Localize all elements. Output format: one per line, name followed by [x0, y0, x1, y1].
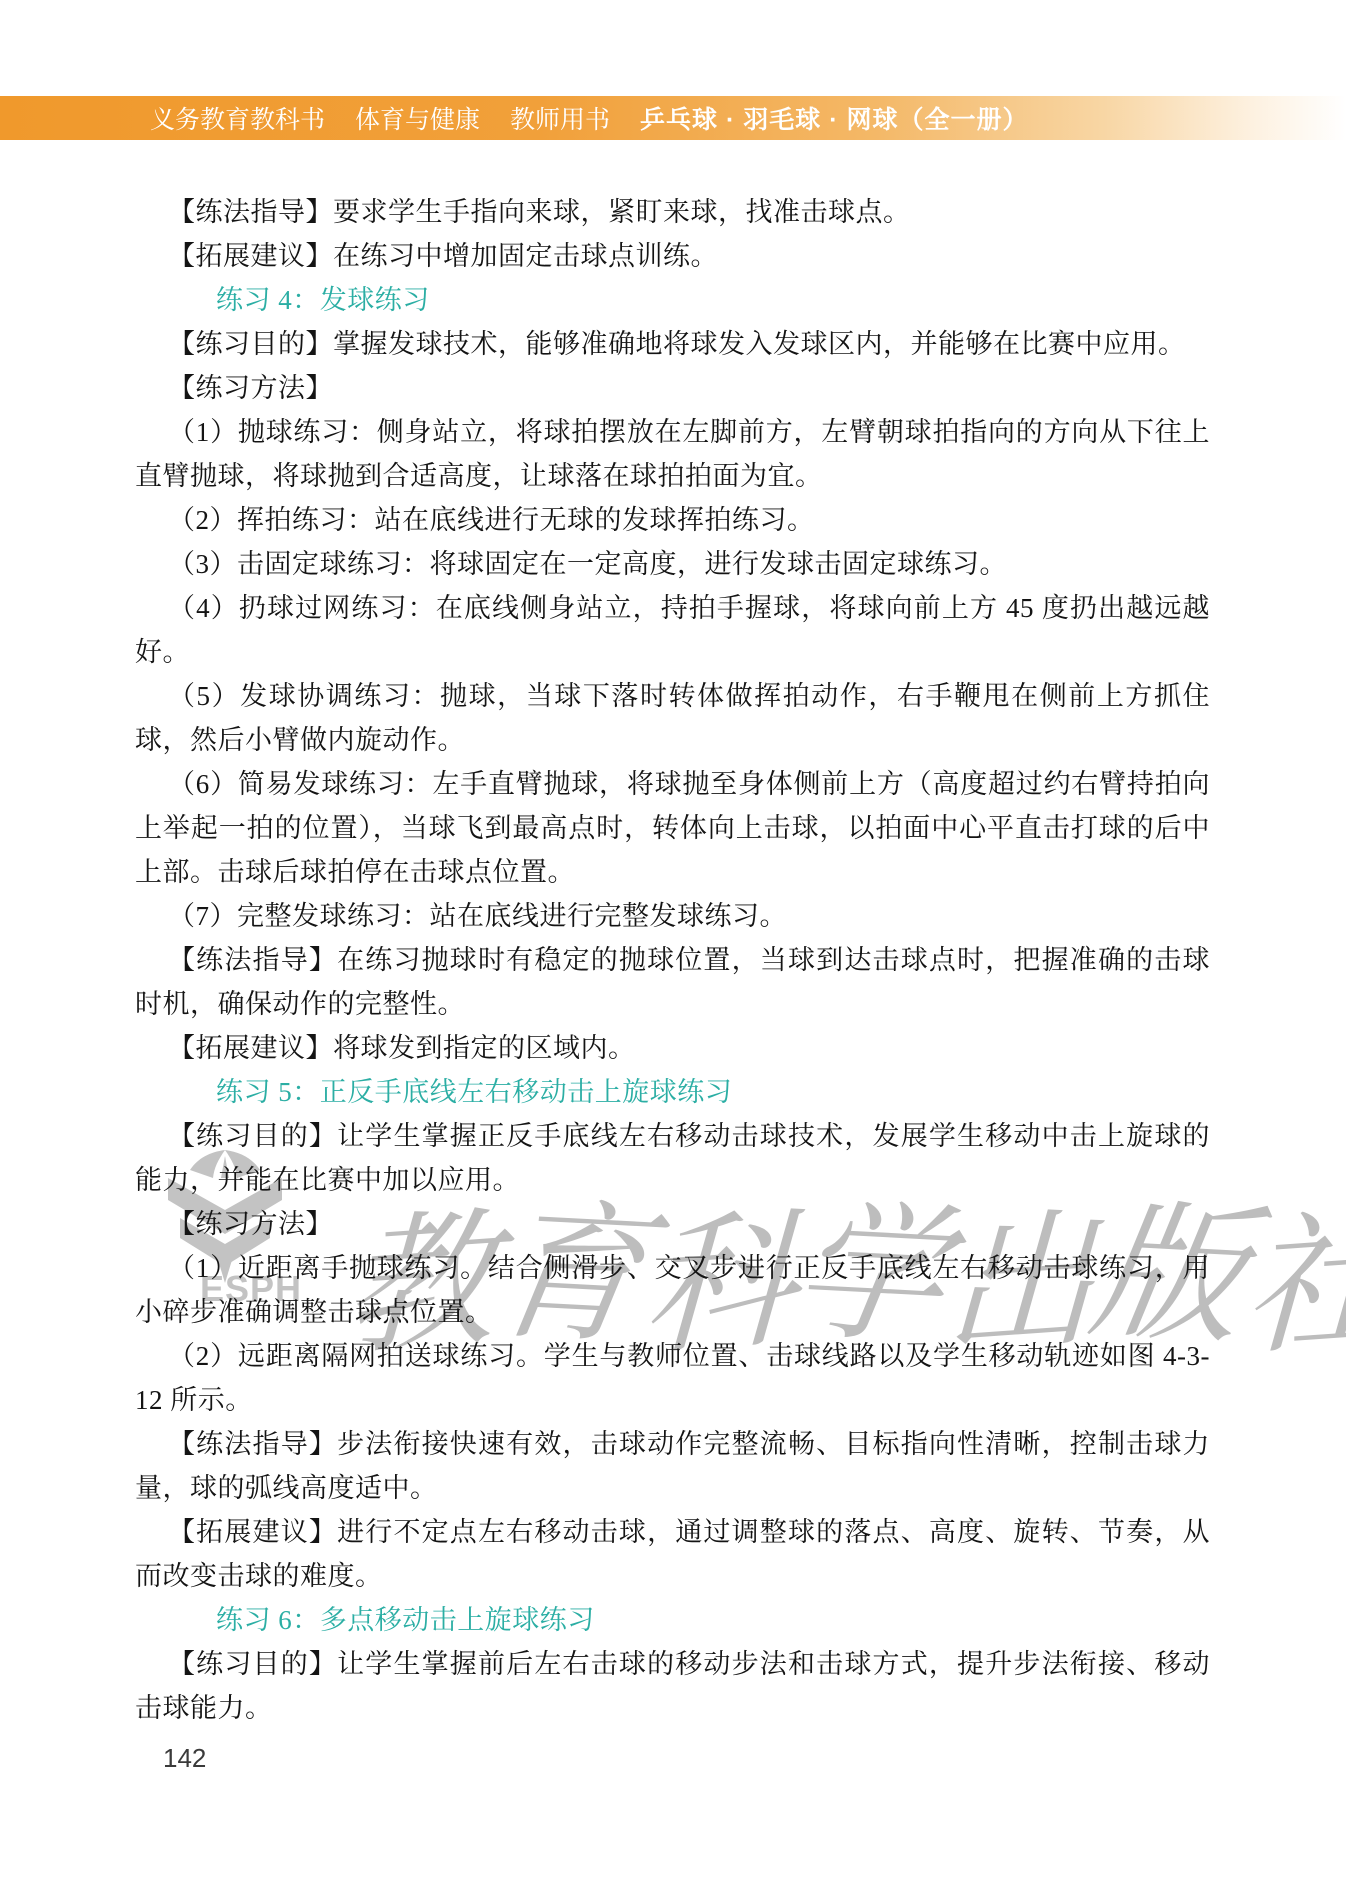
paragraph: （4）扔球过网练习：在底线侧身站立，持拍手握球，将球向前上方 45 度扔出越远越… [135, 586, 1210, 674]
paragraph: （3）击固定球练习：将球固定在一定高度，进行发球击固定球练习。 [135, 542, 1210, 586]
section-heading: 练习 4：发球练习 [135, 278, 1210, 322]
paragraph: （2）挥拍练习：站在底线进行无球的发球挥拍练习。 [135, 498, 1210, 542]
paragraph: 【拓展建议】在练习中增加固定击球点训练。 [135, 234, 1210, 278]
paragraph: 【练习目的】掌握发球技术，能够准确地将球发入发球区内，并能够在比赛中应用。 [135, 322, 1210, 366]
paragraph: 【练习目的】让学生掌握前后左右击球的移动步法和击球方式，提升步法衔接、移动击球能… [135, 1642, 1210, 1730]
paragraph: （1）抛球练习：侧身站立，将球拍摆放在左脚前方，左臂朝球拍指向的方向从下往上直臂… [135, 410, 1210, 498]
paragraph: 【练习方法】 [135, 366, 1210, 410]
header-book-type: 教师用书 [510, 100, 610, 136]
paragraph: 【练法指导】步法衔接快速有效，击球动作完整流畅、目标指向性清晰，控制击球力量，球… [135, 1422, 1210, 1510]
paragraph: 【练法指导】在练习抛球时有稳定的抛球位置，当球到达击球点时，把握准确的击球时机，… [135, 938, 1210, 1026]
header-subject: 体育与健康 [355, 100, 480, 136]
paragraph: （7）完整发球练习：站在底线进行完整发球练习。 [135, 894, 1210, 938]
paragraph: 【拓展建议】进行不定点左右移动击球，通过调整球的落点、高度、旋转、节奏，从而改变… [135, 1510, 1210, 1598]
textbook-page: 义务教育教科书 体育与健康 教师用书 乒乓球 · 羽毛球 · 网球（全一册） E… [0, 0, 1346, 1885]
paragraph: 【拓展建议】将球发到指定的区域内。 [135, 1026, 1210, 1070]
paragraph: （5）发球协调练习：抛球，当球下落时转体做挥拍动作，右手鞭甩在侧前上方抓住球，然… [135, 674, 1210, 762]
watermark-char: 社 [1241, 1158, 1346, 1384]
paragraph: 【练习方法】 [135, 1202, 1210, 1246]
page-body: 【练法指导】要求学生手指向来球，紧盯来球，找准击球点。 【拓展建议】在练习中增加… [135, 190, 1210, 1730]
paragraph: （1）近距离手抛球练习。结合侧滑步、交叉步进行正反手底线左右移动击球练习，用小碎… [135, 1246, 1210, 1334]
section-heading: 练习 6：多点移动击上旋球练习 [135, 1598, 1210, 1642]
section-heading: 练习 5：正反手底线左右移动击上旋球练习 [135, 1070, 1210, 1114]
page-number: 142 [163, 1743, 206, 1774]
paragraph: 【练习目的】让学生掌握正反手底线左右移动击球技术，发展学生移动中击上旋球的能力，… [135, 1114, 1210, 1202]
header-series: 义务教育教科书 [150, 100, 325, 136]
header-book-title: 乒乓球 · 羽毛球 · 网球（全一册） [640, 100, 1028, 136]
paragraph: （2）远距离隔网拍送球练习。学生与教师位置、击球线路以及学生移动轨迹如图 4-3… [135, 1334, 1210, 1422]
paragraph: 【练法指导】要求学生手指向来球，紧盯来球，找准击球点。 [135, 190, 1210, 234]
header-band: 义务教育教科书 体育与健康 教师用书 乒乓球 · 羽毛球 · 网球（全一册） [0, 96, 1346, 140]
paragraph: （6）简易发球练习：左手直臂抛球，将球抛至身体侧前上方（高度超过约右臂持拍向上举… [135, 762, 1210, 894]
